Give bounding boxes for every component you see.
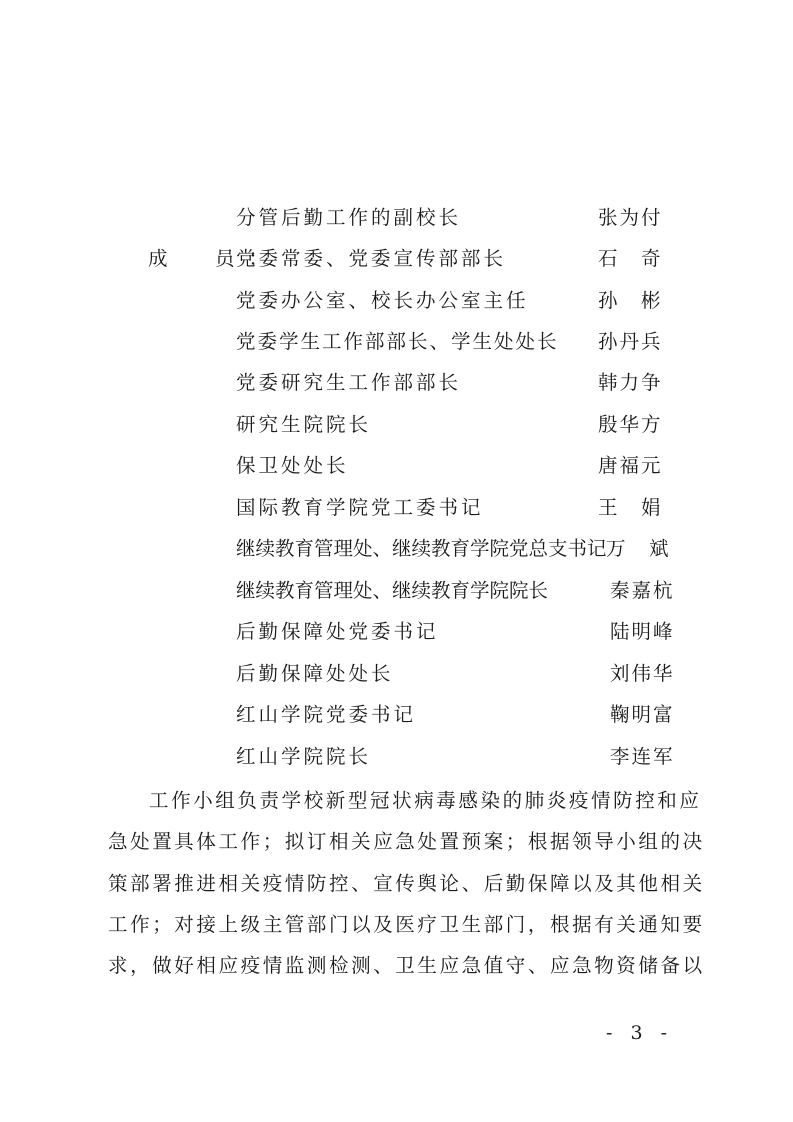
member-name: 唐福元 [598,445,663,486]
member-name: 万 斌 [606,528,671,569]
member-row: 红山学院院长 李连军 [0,736,793,777]
member-row: 保卫处处长 唐福元 [0,445,793,486]
member-name: 韩力争 [598,362,663,403]
page-number: - 3 - [606,1018,673,1048]
member-name: 李连军 [610,736,675,777]
member-name: 秦嘉杭 [610,570,675,611]
member-role: 后勤保障处处长 [236,653,394,694]
member-row: 红山学院党委书记 鞠明富 [0,694,793,735]
member-row: 研究生院院长 殷华方 [0,404,793,445]
member-row: 党委研究生工作部部长 韩力争 [0,362,793,403]
paragraph-line: 急处置具体工作；拟订相关应急处置预案；根据领导小组的决 [108,821,688,862]
paragraph-line: 求，做好相应疫情监测检测、卫生应急值守、应急物资储备以 [108,945,688,986]
member-row: 党委学生工作部部长、学生处处长 孙丹兵 [0,321,793,362]
member-name: 陆明峰 [610,611,675,652]
member-role: 红山学院党委书记 [236,694,416,735]
member-role: 研究生院院长 [236,404,371,445]
paragraph-line: 策部署推进相关疫情防控、宣传舆论、后勤保障以及其他相关 [108,863,688,904]
member-row: 后勤保障处党委书记 陆明峰 [0,611,793,652]
member-row: 后勤保障处处长 刘伟华 [0,653,793,694]
member-name: 孙丹兵 [598,321,663,362]
member-role: 党委研究生工作部部长 [236,362,461,403]
member-row: 继续教育管理处、继续教育学院党总支书记 万 斌 [0,528,793,569]
member-row: 分管后勤工作的副校长 张为付 [0,197,793,238]
member-role: 红山学院院长 [236,736,371,777]
member-role: 国际教育学院党工委书记 [236,487,484,528]
body-paragraph: 工作小组负责学校新型冠状病毒感染的肺炎疫情防控和应 急处置具体工作；拟订相关应急… [108,780,688,986]
member-role: 党委学生工作部部长、学生处处长 [236,321,559,362]
member-role: 党委办公室、校长办公室主任 [236,280,529,321]
member-name: 孙 彬 [598,280,663,321]
member-role: 分管后勤工作的副校长 [236,197,461,238]
member-name: 石 奇 [598,238,663,279]
member-row: 继续教育管理处、继续教育学院院长 秦嘉杭 [0,570,793,611]
member-name: 张为付 [598,197,663,238]
member-row: 成 员： 党委常委、党委宣传部部长 石 奇 [0,238,793,279]
member-name: 殷华方 [598,404,663,445]
member-role: 党委常委、党委宣传部部长 [236,238,506,279]
member-role: 保卫处处长 [236,445,349,486]
member-row: 国际教育学院党工委书记 王 娟 [0,487,793,528]
member-role: 后勤保障处党委书记 [236,611,439,652]
member-name: 王 娟 [598,487,663,528]
member-name: 鞠明富 [610,694,675,735]
paragraph-line: 工作；对接上级主管部门以及医疗卫生部门，根据有关通知要 [108,904,688,945]
member-role: 继续教育管理处、继续教育学院党总支书记 [236,528,607,569]
member-name: 刘伟华 [610,653,675,694]
paragraph-line: 工作小组负责学校新型冠状病毒感染的肺炎疫情防控和应 [108,780,688,821]
member-row: 党委办公室、校长办公室主任 孙 彬 [0,280,793,321]
member-role: 继续教育管理处、继续教育学院院长 [236,570,548,611]
document-page: 分管后勤工作的副校长 张为付 成 员： 党委常委、党委宣传部部长 石 奇 党委办… [0,0,793,1122]
